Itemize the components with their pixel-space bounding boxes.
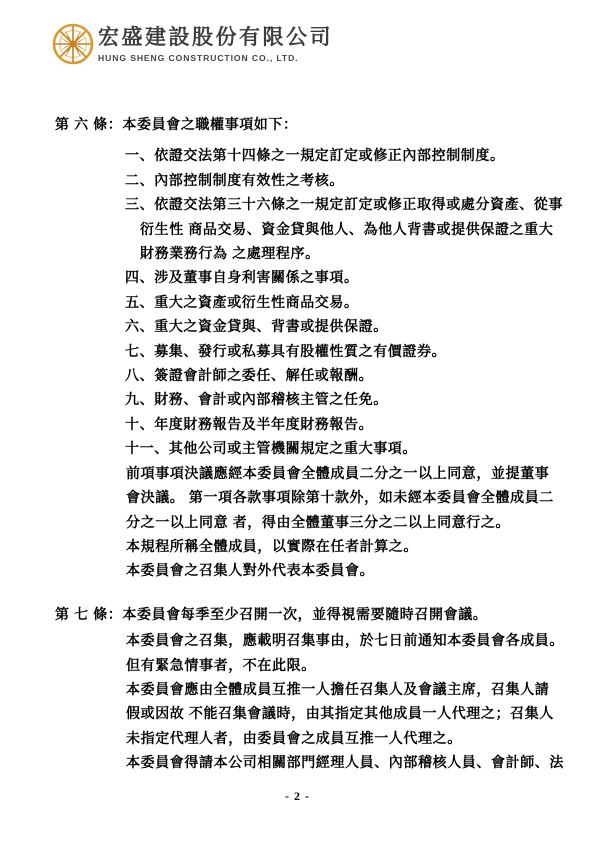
text-line: 本委員會之召集人對外代表本委員會。 [0,558,595,582]
company-logo-icon [51,21,95,67]
text-line: 分之一以上同意 者，得由全體董事三分之二以上同意行之。 [0,510,595,534]
text-line: 十、年度財務報告及半年度財務報告。 [0,412,595,436]
text-line: 一、依證交法第十四條之一規定訂定或修正內部控制制度。 [0,143,595,167]
company-name-chinese: 宏盛建設股份有限公司 [98,24,333,50]
text-line: 衍生性 商品交易、資金貸與他人、為他人背書或提供保證之重大 [0,217,595,241]
document-body: 第 六 條：本委員會之職權事項如下：一、依證交法第十四條之一規定訂定或修正內部控… [0,112,595,775]
article-number-label: 第 七 條： [55,606,122,622]
text-line: 前項事項決議應經本委員會全體成員二分之一以上同意，並提董事 [0,461,595,485]
text-line: 未指定代理人者，由委員會之成員互推一人代理之。 [0,726,595,750]
article-heading-text: 本委員會每季至少召開一次，並得視需要隨時召開會議。 [122,606,487,622]
article-heading-line: 第 六 條：本委員會之職權事項如下： [0,112,595,136]
text-line: 二、內部控制制度有效性之考核。 [0,168,595,192]
company-header: 宏盛建設股份有限公司 HUNG SHENG CONSTRUCTION CO., … [98,24,333,63]
text-line: 但有緊急情事者，不在此限。 [0,653,595,677]
text-line: 本委員會得請本公司相關部門經理人員、內部稽核人員、會計師、法 [0,750,595,774]
article-heading-text: 本委員會之職權事項如下： [122,116,297,132]
text-line: 六、重大之資金貸與、背書或提供保證。 [0,314,595,338]
text-line: 九、財務、會計或內部稽核主管之任免。 [0,387,595,411]
page-footer: - 2 - [0,787,595,805]
document-page: 宏盛建設股份有限公司 HUNG SHENG CONSTRUCTION CO., … [0,0,595,842]
company-name-english: HUNG SHENG CONSTRUCTION CO., LTD. [98,53,333,63]
text-line: 八、簽證會計師之委任、解任或報酬。 [0,363,595,387]
page-number: - 2 - [285,789,310,803]
text-line: 本規程所稱全體成員，以實際在任者計算之。 [0,534,595,558]
text-line: 五、重大之資產或衍生性商品交易。 [0,290,595,314]
text-line: 本委員會應由全體成員互推一人擔任召集人及會議主席，召集人請 [0,677,595,701]
article-number-label: 第 六 條： [55,116,122,132]
article-heading-line: 第 七 條：本委員會每季至少召開一次，並得視需要隨時召開會議。 [0,602,595,626]
text-line: 財務業務行為 之處理程序。 [0,241,595,265]
text-line: 三、依證交法第三十六條之一規定訂定或修正取得或處分資產、從事 [0,192,595,216]
text-line: 十一、其他公司或主管機關規定之重大事項。 [0,436,595,460]
text-line: 會決議。 第一項各款事項除第十款外，如未經本委員會全體成員二 [0,485,595,509]
text-line: 假或因故 不能召集會議時，由其指定其他成員一人代理之；召集人 [0,701,595,725]
text-line: 四、涉及董事自身利害關係之事項。 [0,265,595,289]
text-line: 七、募集、發行或私募具有股權性質之有價證券。 [0,339,595,363]
text-line: 本委員會之召集，應載明召集事由，於七日前通知本委員會各成員。 [0,628,595,652]
